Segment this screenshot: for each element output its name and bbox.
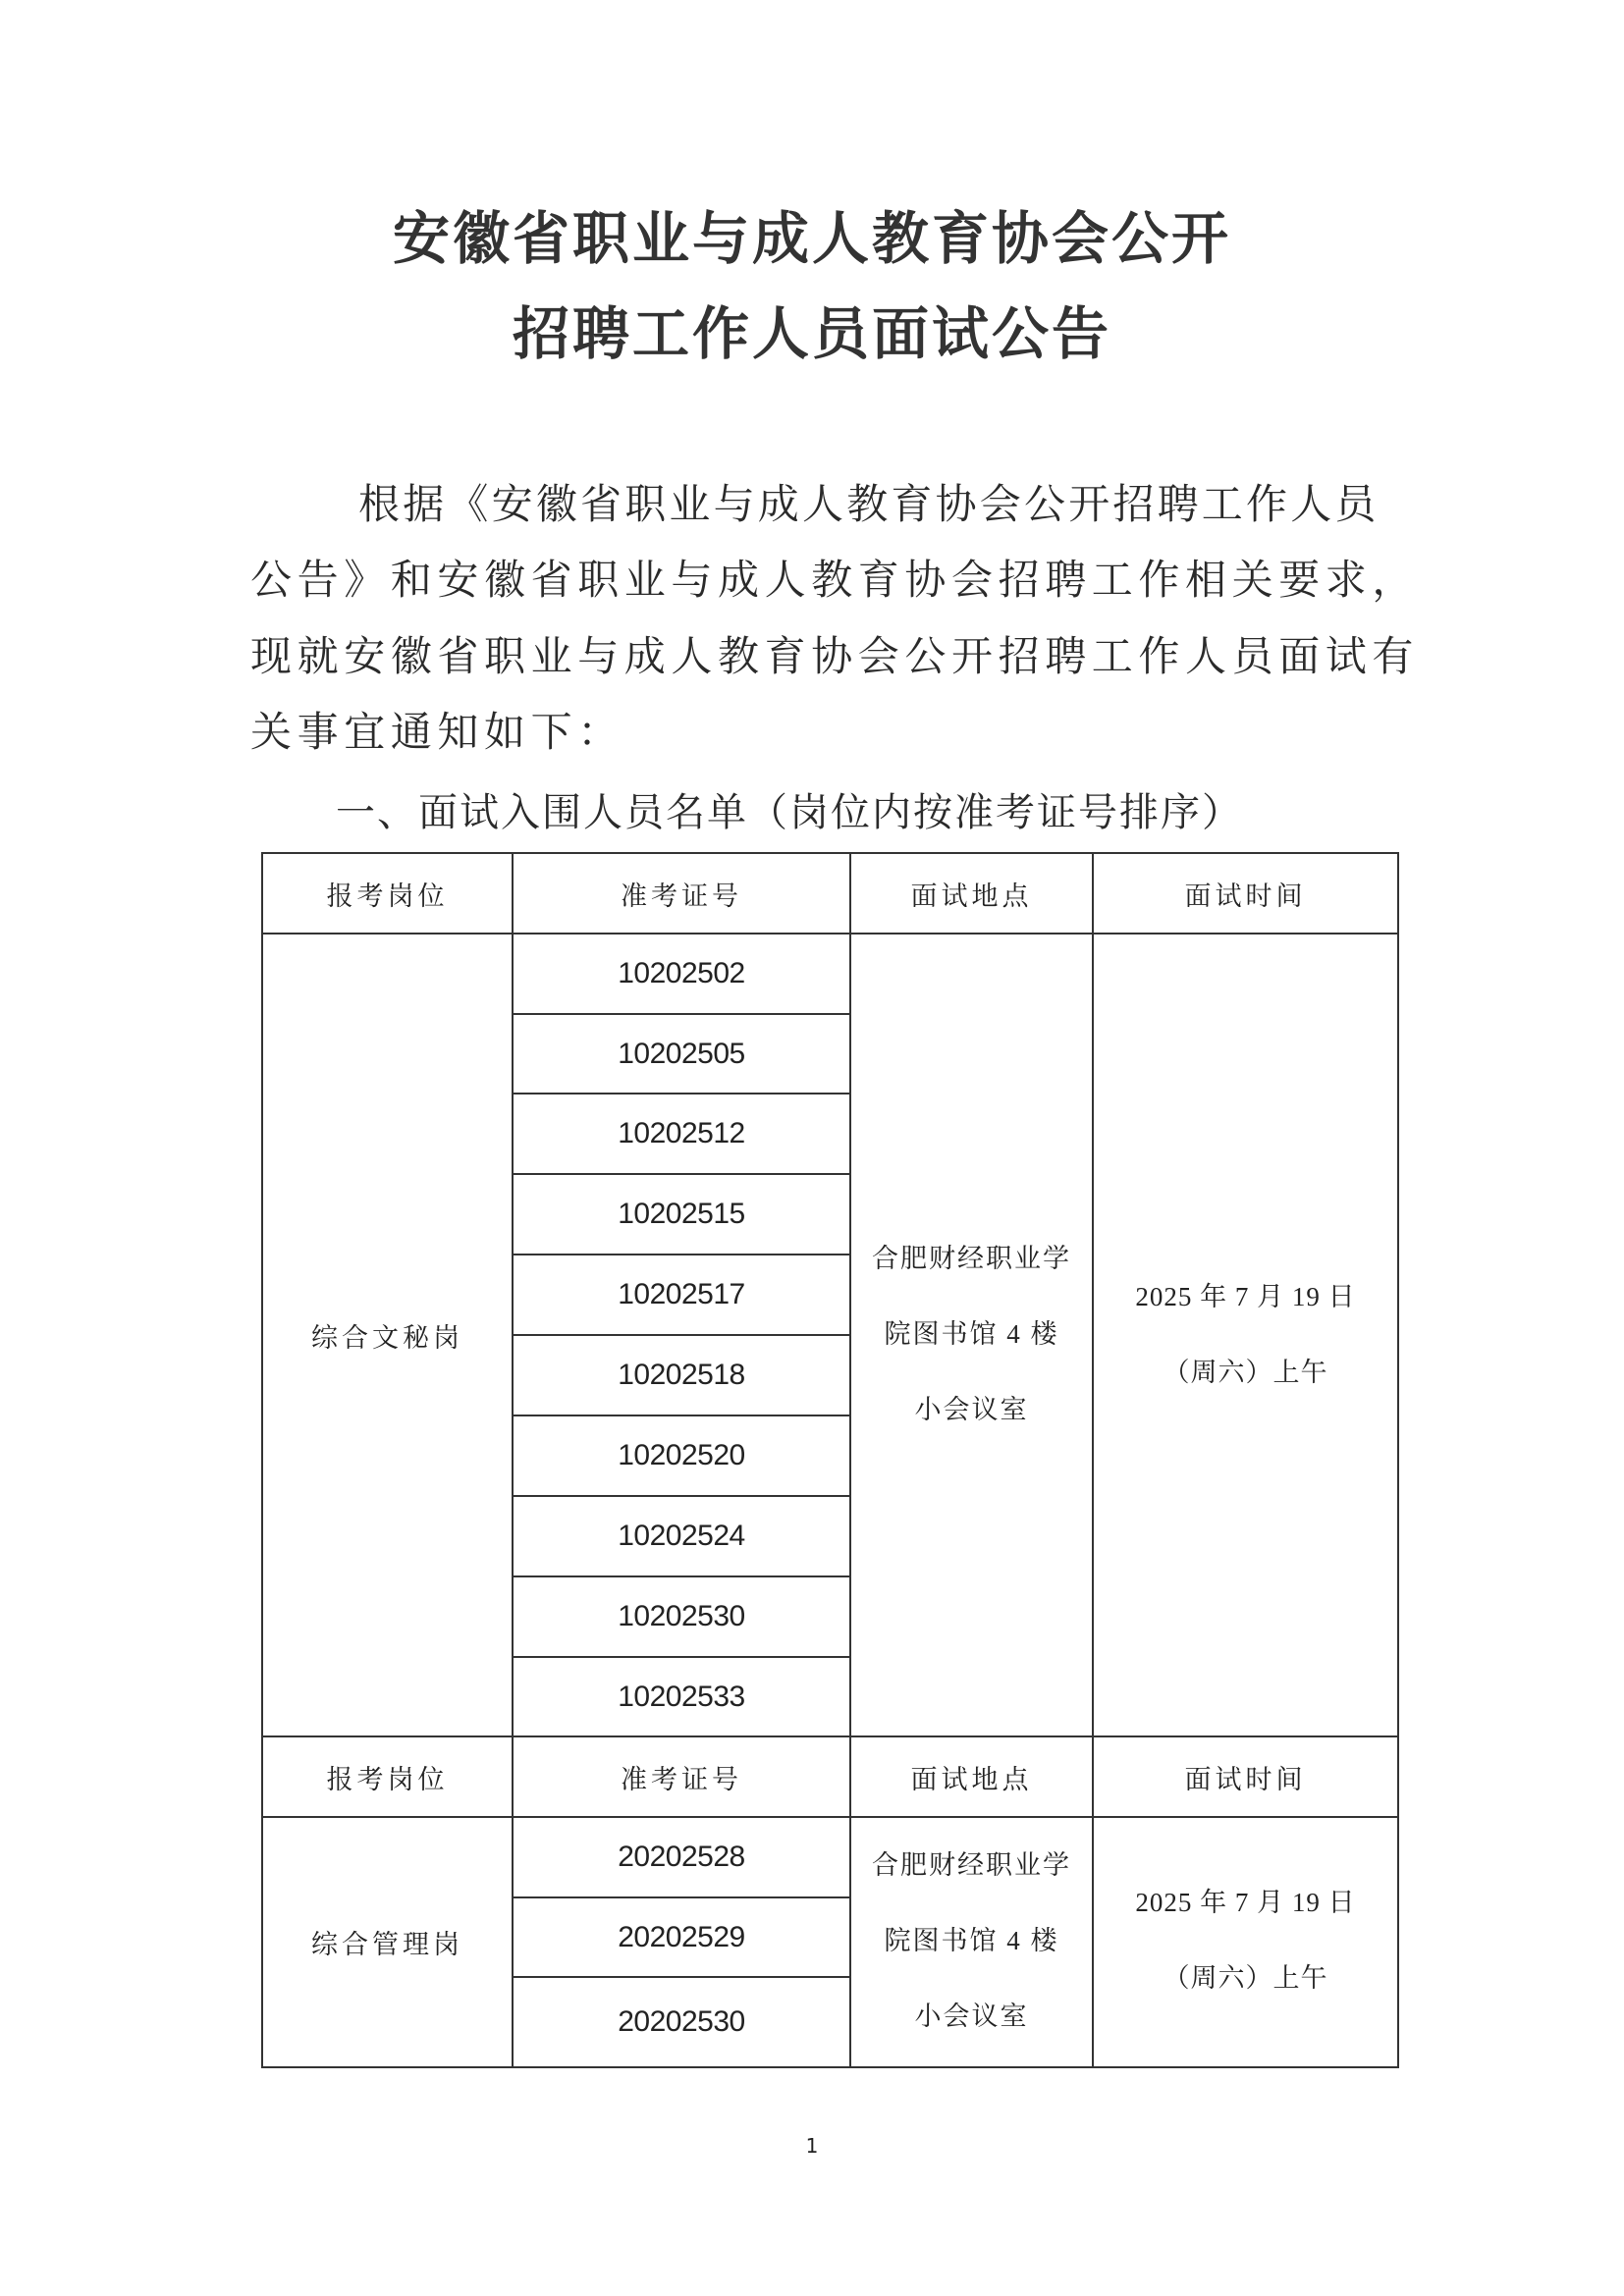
- header-position: 报考岗位: [262, 1736, 513, 1817]
- header-location: 面试地点: [850, 1736, 1093, 1817]
- location-line: 小会议室: [915, 1979, 1029, 2055]
- time-cell: 2025 年 7 月 19 日 （周六）上午: [1093, 1865, 1398, 2016]
- interview-table: 报考岗位 准考证号 面试地点 面试时间 综合文秘岗 10202502 10202…: [0, 0, 1624, 2296]
- location-cell: 合肥财经职业学 院图书馆 4 楼 小会议室: [850, 1828, 1093, 2055]
- header-position: 报考岗位: [262, 853, 513, 934]
- time-line: 2025 年 7 月 19 日: [1135, 1259, 1355, 1335]
- time-line: （周六）上午: [1164, 1335, 1328, 1411]
- header-location: 面试地点: [850, 853, 1093, 934]
- header-exam-id: 准考证号: [513, 853, 850, 934]
- position-cell: 综合管理岗: [262, 1817, 513, 2067]
- time-line: （周六）上午: [1164, 1941, 1328, 2016]
- exam-id-cell: 20202528: [513, 1817, 850, 1897]
- header-exam-id: 准考证号: [513, 1736, 850, 1817]
- location-line: 合肥财经职业学: [872, 1221, 1071, 1297]
- exam-id-cell: 20202530: [513, 1977, 850, 2067]
- exam-id-cell: 10202530: [513, 1576, 850, 1657]
- location-line: 小会议室: [915, 1372, 1029, 1448]
- exam-id-cell: 10202517: [513, 1255, 850, 1335]
- time-cell: 2025 年 7 月 19 日 （周六）上午: [1093, 1259, 1398, 1411]
- exam-id-cell: 10202524: [513, 1496, 850, 1576]
- exam-id-cell: 10202505: [513, 1014, 850, 1094]
- time-line: 2025 年 7 月 19 日: [1135, 1865, 1355, 1941]
- position-cell: 综合文秘岗: [262, 934, 513, 1736]
- page-number: 1: [0, 2134, 1624, 2158]
- exam-id-cell: 10202512: [513, 1094, 850, 1174]
- exam-id-cell: 10202515: [513, 1174, 850, 1255]
- location-line: 合肥财经职业学: [872, 1828, 1071, 1903]
- exam-id-cell: 10202533: [513, 1657, 850, 1736]
- header-time: 面试时间: [1093, 853, 1398, 934]
- header-time: 面试时间: [1093, 1736, 1398, 1817]
- location-line: 院图书馆 4 楼: [885, 1903, 1059, 1979]
- location-line: 院图书馆 4 楼: [885, 1297, 1059, 1372]
- exam-id-cell: 10202520: [513, 1415, 850, 1496]
- location-cell: 合肥财经职业学 院图书馆 4 楼 小会议室: [850, 1221, 1093, 1448]
- exam-id-cell: 10202502: [513, 934, 850, 1014]
- exam-id-cell: 20202529: [513, 1897, 850, 1977]
- exam-id-cell: 10202518: [513, 1335, 850, 1415]
